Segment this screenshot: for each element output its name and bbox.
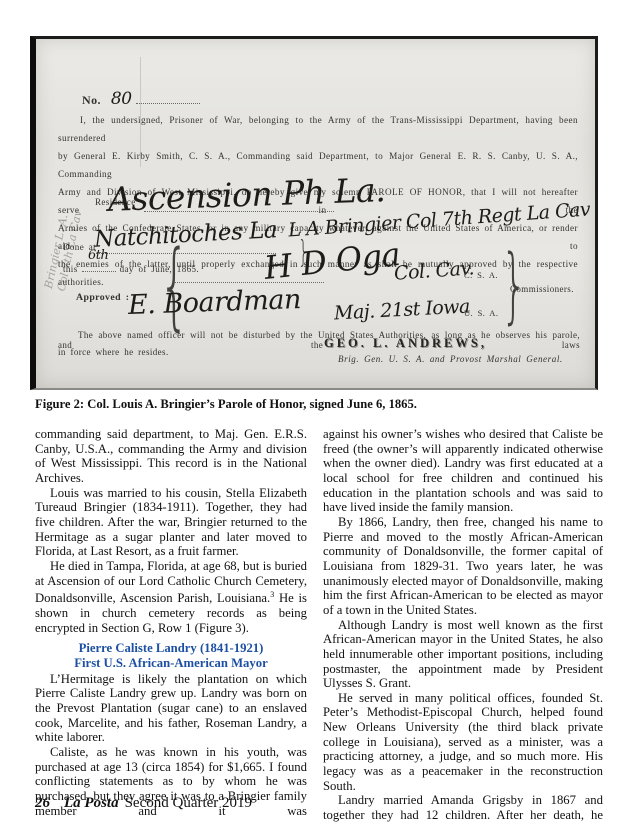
right-column: against his owner’s wishes who desired t… — [323, 427, 603, 823]
number-line: No. 80 — [82, 89, 200, 109]
paragraph: Although Landry is most well known as th… — [323, 618, 603, 691]
issue-label: Second Quarter 2019 — [125, 795, 252, 811]
paragraph: He died in Tampa, Florida, at age 68, bu… — [35, 559, 307, 636]
paragraph: commanding said department, to Maj. Gen.… — [35, 427, 307, 486]
heading-line2: First U.S. African-American Mayor — [35, 656, 307, 671]
left-column: commanding said department, to Maj. Gen.… — [35, 427, 307, 818]
page-number: 26 — [35, 795, 50, 811]
commissioner2-army: U. S. A. — [464, 308, 498, 318]
date-pre: this — [63, 264, 78, 274]
number-value: 80 — [111, 89, 132, 109]
paragraph: against his owner’s wishes who desired t… — [323, 427, 603, 515]
paragraph: Louis was married to his cousin, Stella … — [35, 486, 307, 559]
closing-line2: in force where he resides. — [58, 347, 169, 357]
provost-marshal-name: GEO. L. ANDREWS, — [324, 336, 487, 351]
magazine-page: { "scan": { "margin_note_line1": "Bringi… — [0, 0, 635, 827]
paragraph: L’Hermitage is likely the plantation on … — [35, 672, 307, 745]
parole-document-scan: Bringier L. A. Col 7th La Cav No. 80 I, … — [30, 36, 598, 390]
commissioner1-army: C. S. A. — [464, 270, 498, 280]
paragraph: He served in many political offices, fou… — [323, 691, 603, 794]
date-handwriting: 6th — [88, 248, 108, 263]
heading-line1: Pierre Caliste Landry (1841-1921) — [35, 641, 307, 656]
provost-marshal-title: Brig. Gen. U. S. A. and Provost Marshal … — [338, 354, 563, 364]
number-label: No. — [82, 93, 101, 107]
paragraph: Landry married Amanda Grigsby in 1867 an… — [323, 793, 603, 822]
commissioners-label: Commissioners. — [510, 284, 574, 294]
page-footer: 26La PostaSecond Quarter 2019 — [35, 795, 252, 812]
paragraph: By 1866, Landry, then free, changed his … — [323, 515, 603, 618]
parole-line: I, the undersigned, Prisoner of War, bel… — [58, 111, 578, 147]
dotted-leader — [136, 93, 200, 104]
commissioner2-signature: E. Boardman — [128, 284, 302, 321]
paragraph-text: He died in Tampa, Florida, at age 68, bu… — [35, 559, 307, 606]
approved-label: Approved : — [76, 292, 129, 303]
commissioner2-title: Maj. 21st Iowa — [334, 295, 471, 324]
journal-title: La Posta — [64, 795, 119, 811]
section-heading: Pierre Caliste Landry (1841-1921) First … — [35, 641, 307, 670]
figure-caption: Figure 2: Col. Louis A. Bringier’s Parol… — [35, 397, 595, 412]
